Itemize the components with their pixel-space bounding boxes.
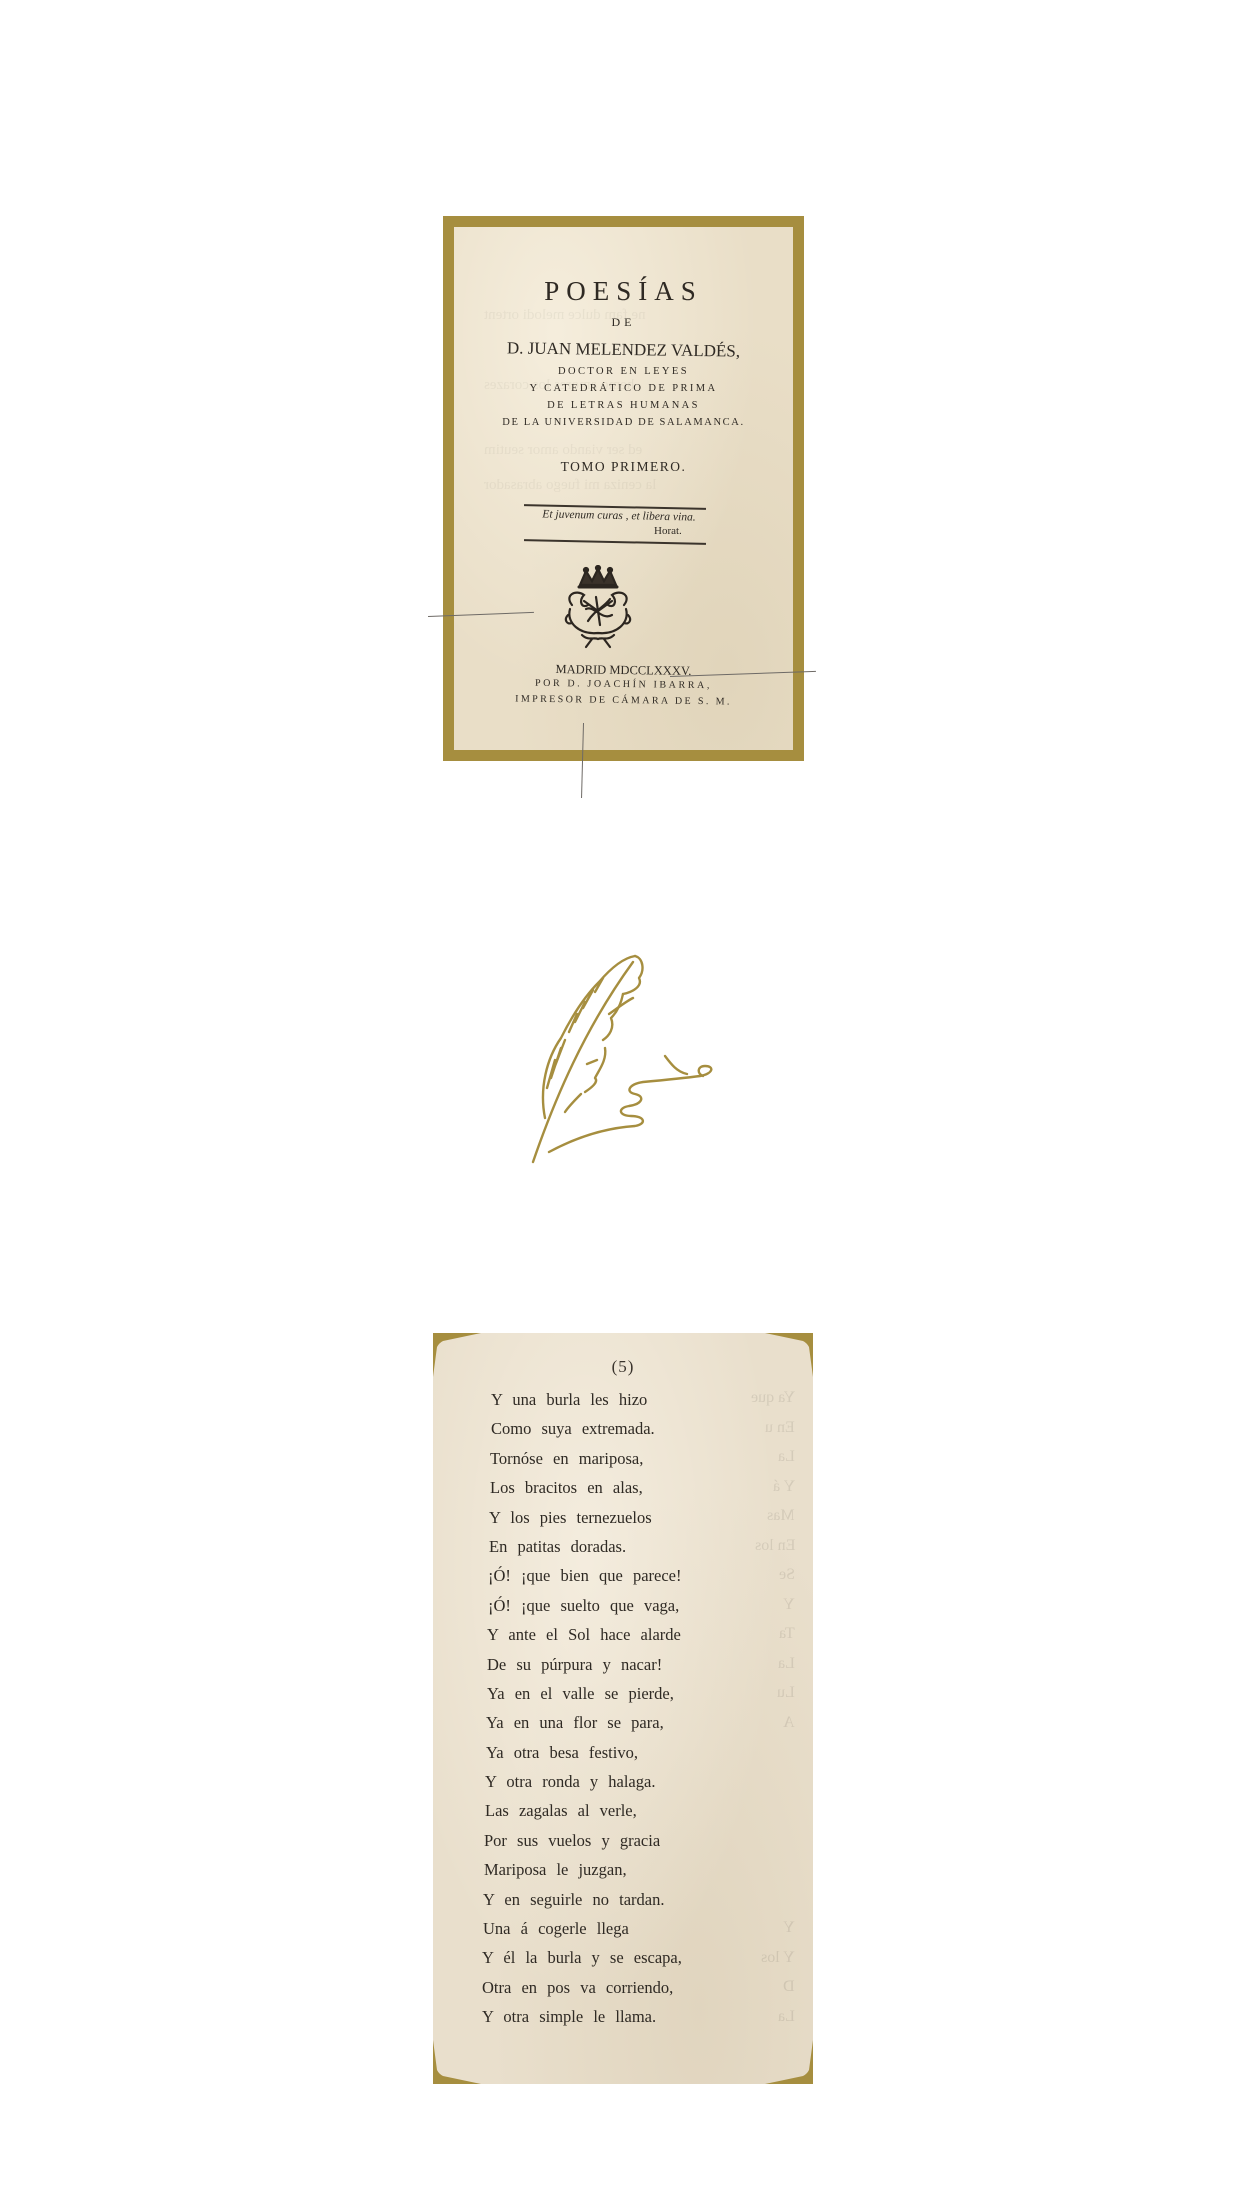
poem-line: De su púrpura y nacar! [487,1650,682,1679]
bleed-through-text: Ya que [751,1389,795,1407]
poem-line: Otra en pos va corriendo, [482,1973,682,2002]
poem-line: Tornóse en mariposa, [490,1444,682,1473]
crowned-monogram-ornament-icon [558,565,638,649]
poem-line: Y en seguirle no tardan. [483,1885,682,1914]
poem-line: Y otra simple le llama. [482,2002,682,2031]
author-name: D. JUAN MELENDEZ VALDÉS, [454,338,793,363]
bleed-through-text: La [778,2008,795,2026]
poem-line: Y otra ronda y halaga. [485,1767,682,1796]
bleed-through-text: En los [755,1537,795,1555]
bleed-through-text: Lu [777,1684,795,1702]
title-page-scan: ne fam dulce melodi ortent hemo amores l… [454,227,793,750]
poem-line: ¡Ó! ¡que bien que parece! [488,1561,682,1590]
bleed-through-text: Y [783,1919,795,1937]
poem-page-scan: Ya que En u La Y á Mas En los Se Y Ta La… [433,1333,813,2084]
poem-verses: Y una burla les hizoComo suya extremada.… [491,1385,682,2032]
epigraph-text: Et juvenum curas , et libera vina. [514,508,724,524]
page-number: (5) [433,1357,813,1377]
epigraph-rule-bottom [524,539,706,545]
poem-line: Ya en el valle se pierde, [487,1679,682,1708]
poem-line: ¡Ó! ¡que suelto que vaga, [488,1591,682,1620]
poem-line: Y una burla les hizo [491,1385,682,1414]
title-de: DE [454,315,793,330]
author-credential: DE LA UNIVERSIDAD DE SALAMANCA. [454,417,793,428]
bleed-through-text: En u [765,1419,795,1437]
title-page-frame: ne fam dulce melodi ortent hemo amores l… [443,216,804,761]
poem-line: En patitas doradas. [489,1532,682,1561]
bleed-through-text: Y los [761,1949,795,1967]
poem-line: Ya otra besa festivo, [486,1738,682,1767]
poem-line: Los bracitos en alas, [490,1473,682,1502]
author-credential: DE LETRAS HUMANAS [454,400,793,411]
author-credential: DOCTOR EN LEYES [454,366,793,377]
bleed-through-text: Ta [779,1625,795,1643]
poem-line: Las zagalas al verle, [485,1796,682,1825]
bleed-through-text: Se [779,1566,795,1584]
quill-pen-icon [525,948,725,1173]
bleed-through-text: la ceniza mi fuego abrasador [484,477,656,494]
poem-line: Y él la burla y se escapa, [482,1943,682,1972]
poem-line: Una á cogerle llega [483,1914,682,1943]
bleed-through-text: Mas [767,1507,795,1525]
book-title: POESÍAS [454,276,793,307]
bleed-through-text: ed ser viando amor seutim [484,442,642,459]
bleed-through-text: A [783,1714,795,1732]
epigraph-source: Horat. [654,525,682,537]
photo-corner-bottom-left [433,2040,481,2084]
poem-line: Como suya extremada. [491,1414,682,1443]
poem-line: Y ante el Sol hace alarde [487,1620,682,1649]
poem-line: Ya en una flor se para, [486,1708,682,1737]
bleed-through-text: Y [783,1596,795,1614]
volume-label: TOMO PRIMERO. [454,459,793,475]
poem-line: Y los pies ternezuelos [489,1503,682,1532]
poem-line: Por sus vuelos y gracia [484,1826,682,1855]
author-credential: Y CATEDRÁTICO DE PRIMA [454,383,793,394]
printer-title: IMPRESOR DE CÁMARA DE S. M. [454,693,793,709]
bleed-through-text: D [783,1978,795,1996]
bleed-through-text: Y á [773,1478,795,1496]
photo-corner-bottom-right [765,2040,813,2084]
bleed-through-text: La [778,1448,795,1466]
poem-line: Mariposa le juzgan, [484,1855,682,1884]
bleed-through-text: La [778,1655,795,1673]
